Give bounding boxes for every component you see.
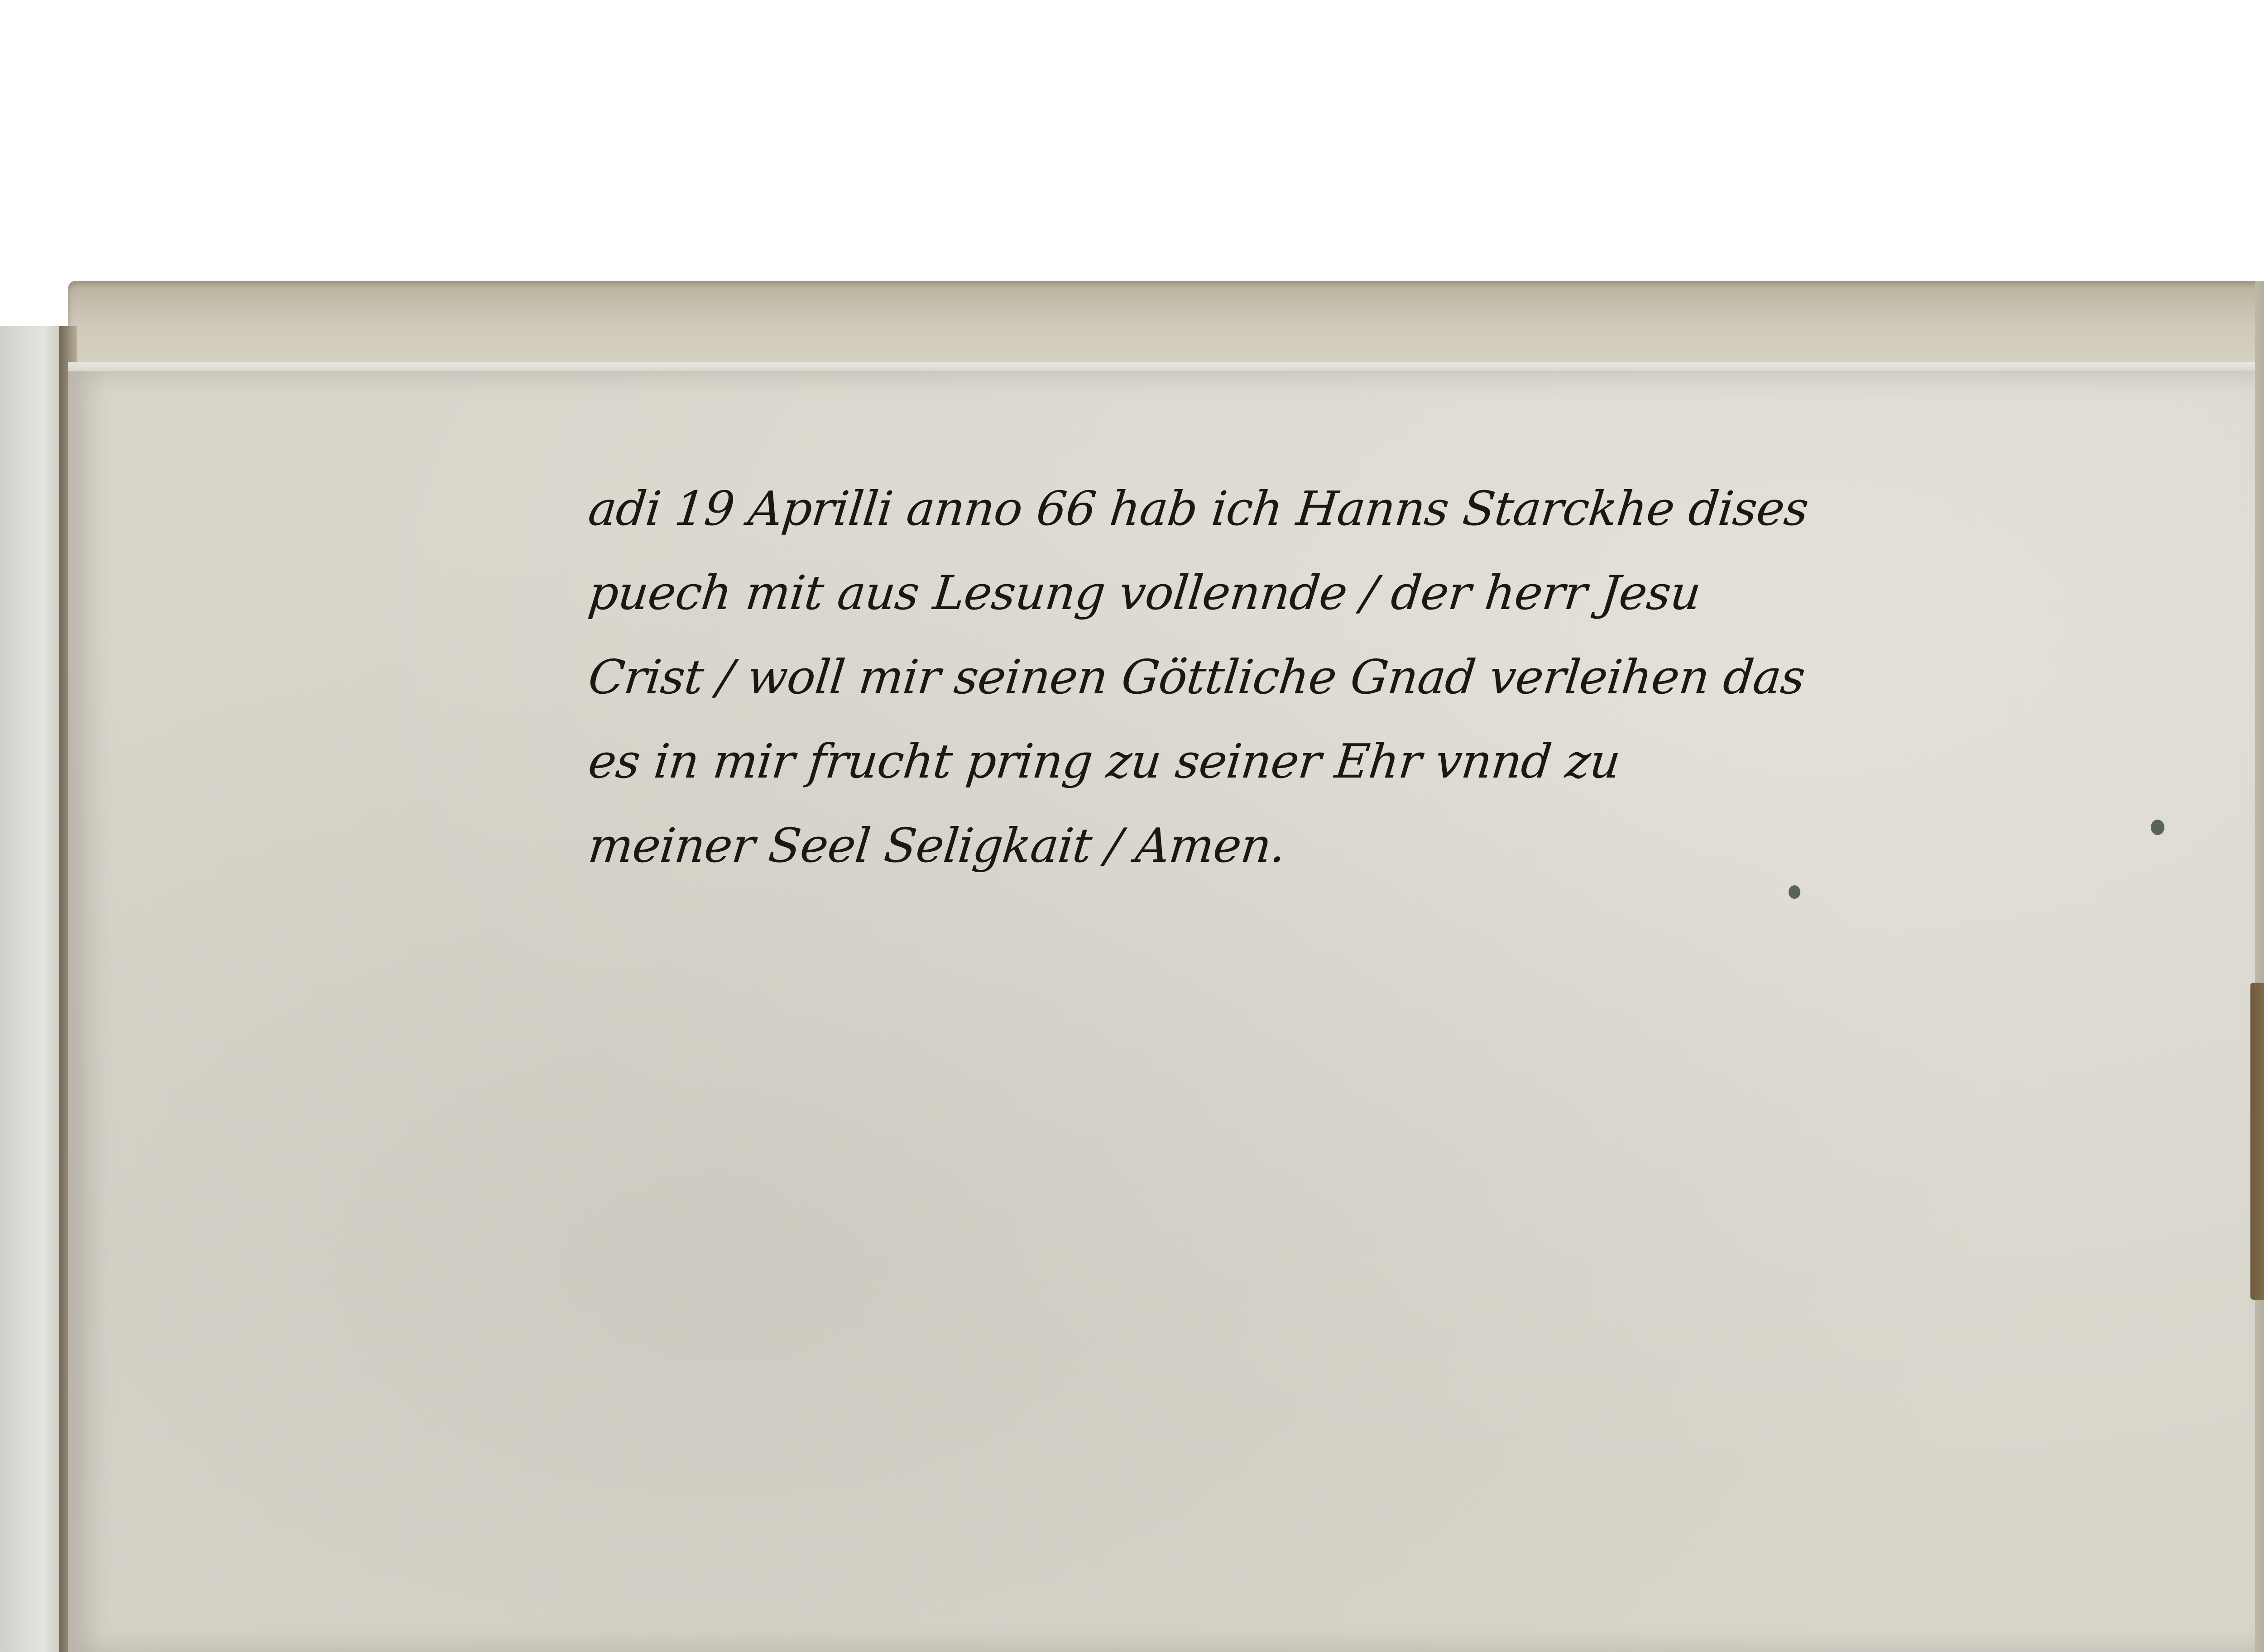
ink-spot (2151, 820, 2164, 835)
inscription-line-2: puech mit aus Lesung vollennde / der her… (584, 551, 1861, 635)
binding-right-edge (2255, 281, 2264, 1652)
clasp-hinge (2250, 983, 2264, 1300)
book-photo: adi 19 Aprilli anno 66 hab ich Hanns Sta… (0, 0, 2264, 1652)
inscription-line-1: adi 19 Aprilli anno 66 hab ich Hanns Sta… (584, 466, 1861, 551)
inscription-line-3: Crist / woll mir seinen Göttliche Gnad v… (584, 635, 1861, 719)
ink-spot (1789, 885, 1800, 899)
inscription-line-4: es in mir frucht pring zu seiner Ehr vnn… (584, 719, 1861, 803)
handwritten-inscription: adi 19 Aprilli anno 66 hab ich Hanns Sta… (589, 466, 1856, 888)
inscription-line-5: meiner Seel Seligkait / Amen. (584, 803, 1861, 888)
